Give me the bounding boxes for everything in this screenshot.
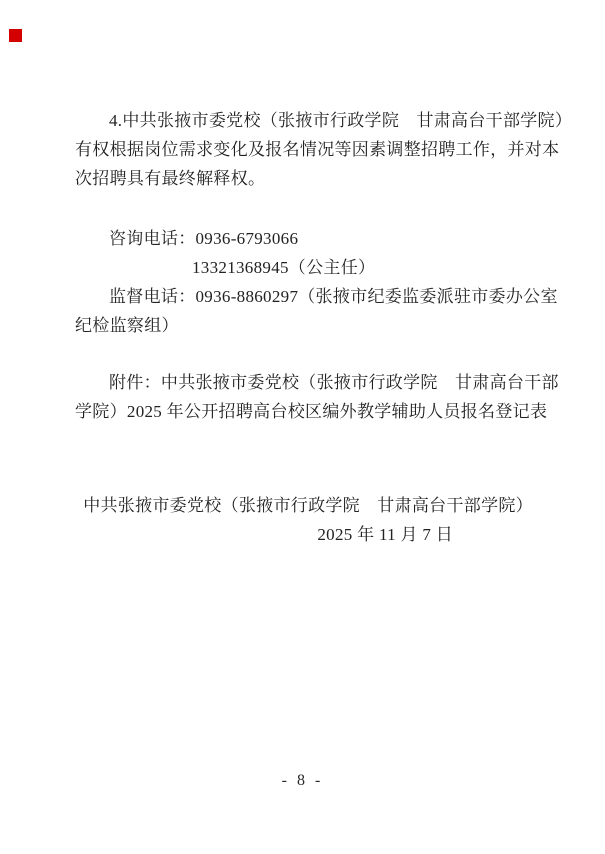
supervise-phone-line: 监督电话：0936-8860297（张掖市纪委监委派驻市委办公室 bbox=[75, 282, 533, 311]
attachment-line-cont: 学院）2025 年公开招聘高台校区编外教学辅助人员报名登记表 bbox=[75, 397, 533, 426]
mobile-phone-line: 13321368945（公主任） bbox=[192, 253, 533, 282]
paragraph-line: 有权根据岗位需求变化及报名情况等因素调整招聘工作，并对本 bbox=[75, 135, 533, 164]
attachment-line: 附件：中共张掖市委党校（张掖市行政学院 甘肃高台干部 bbox=[75, 368, 533, 397]
red-corner-marker bbox=[9, 29, 22, 42]
signature-date: 2025 年 11 月 7 日 bbox=[75, 520, 533, 549]
signature-section: 中共张掖市委党校（张掖市行政学院 甘肃高台干部学院） 2025 年 11 月 7… bbox=[75, 491, 533, 549]
paragraph-line: 4.中共张掖市委党校（张掖市行政学院 甘肃高台干部学院） bbox=[75, 106, 533, 135]
consult-phone-line: 咨询电话：0936-6793066 bbox=[75, 224, 533, 253]
page-number: - 8 - bbox=[0, 769, 605, 793]
paragraph-final-interpretation: 4.中共张掖市委党校（张掖市行政学院 甘肃高台干部学院） 有权根据岗位需求变化及… bbox=[75, 106, 533, 193]
attachment-section: 附件：中共张掖市委党校（张掖市行政学院 甘肃高台干部 学院）2025 年公开招聘… bbox=[75, 368, 533, 426]
paragraph-line: 次招聘具有最终解释权。 bbox=[75, 164, 533, 193]
signature-org: 中共张掖市委党校（张掖市行政学院 甘肃高台干部学院） bbox=[75, 491, 533, 520]
contact-phone-section: 咨询电话：0936-6793066 13321368945（公主任） 监督电话：… bbox=[75, 224, 533, 340]
supervise-phone-line-cont: 纪检监察组） bbox=[75, 311, 533, 340]
document-page: 4.中共张掖市委党校（张掖市行政学院 甘肃高台干部学院） 有权根据岗位需求变化及… bbox=[0, 0, 605, 854]
